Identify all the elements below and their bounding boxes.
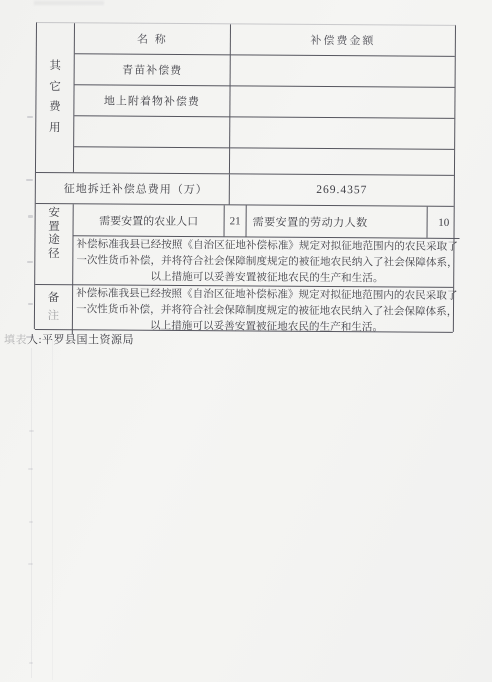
fee-name-cell: [74, 147, 230, 173]
resettlement-section-label: 安 置 途 径: [35, 204, 74, 285]
compensation-table: 其 它 费 用 名 称 补偿费金额 青苗补偿费 地上附着物补偿费 征地拆迁补偿总…: [34, 22, 456, 332]
scan-mark: [28, 303, 33, 305]
column-header-amount: 补偿费金额: [231, 24, 455, 57]
scan-smudge: [34, 1, 104, 5]
remarks-description: 补偿标准我县已经按照《自治区征地补偿标准》规定对拟征地范围内的农民采取了 一次性…: [73, 285, 460, 337]
filled-by-prefix: 填表: [4, 334, 27, 346]
remarks-section-label: 备 注: [35, 285, 73, 334]
description-line: 一次性货币补偿，并将符合社会保障制度规定的被征地农民纳入了社会保障体系，: [76, 302, 457, 321]
total-cost-row: 征地拆迁补偿总费用（万） 269.4357: [36, 173, 454, 207]
filled-by-line: 填表人:平罗县国土资源局: [4, 331, 134, 347]
label-char: 置: [48, 222, 60, 234]
labor-count-label: 需要安置的劳动力人数: [247, 205, 428, 237]
column-header-name: 名 称: [75, 23, 231, 55]
remarks-section: 备 注 补偿标准我县已经按照《自治区征地补偿标准》规定对拟征地范围内的农民采取了…: [35, 285, 453, 333]
label-char: 用: [49, 123, 61, 135]
agricultural-population-label: 需要安置的农业人口: [74, 204, 225, 236]
fee-name-cell: [74, 116, 230, 148]
description-line: 一次性货币补偿，并将符合社会保障制度规定的被征地农民纳入了社会保障体系，: [76, 253, 457, 272]
fee-amount-cell: [230, 117, 454, 150]
total-cost-label: 征地拆迁补偿总费用（万）: [36, 173, 230, 204]
labor-count-value: 10: [428, 207, 461, 238]
label-char: 备: [48, 293, 60, 305]
scanned-document-page: 其 它 费 用 名 称 补偿费金额 青苗补偿费 地上附着物补偿费 征地拆迁补偿总…: [0, 0, 492, 682]
total-cost-value: 269.4357: [230, 174, 454, 206]
fee-name-cell: 青苗补偿费: [75, 54, 231, 86]
scan-mark: [28, 215, 33, 218]
scan-streak: [31, 348, 32, 678]
fee-name-cell: 地上附着物补偿费: [74, 85, 230, 117]
fee-amount-cell: [231, 55, 455, 88]
other-fees-section: 其 它 费 用 名 称 补偿费金额 青苗补偿费 地上附着物补偿费: [36, 23, 455, 176]
label-char: 费: [49, 102, 61, 114]
scan-mark: [27, 116, 33, 118]
agricultural-population-value: 21: [225, 205, 247, 236]
resettlement-section: 安 置 途 径 需要安置的农业人口 21 需要安置的劳动力人数 10 补偿标准我…: [35, 204, 454, 288]
fee-amount-cell: [230, 148, 454, 175]
label-char: 它: [49, 82, 61, 94]
scan-streak: [52, 340, 53, 680]
other-fees-section-label: 其 它 费 用: [36, 23, 75, 172]
label-char: 注: [48, 311, 60, 323]
resettlement-counts-row: 需要安置的农业人口 21 需要安置的劳动力人数 10: [74, 204, 461, 239]
label-char: 安: [48, 208, 60, 220]
scan-mark: [26, 336, 34, 338]
fee-amount-cell: [230, 86, 454, 119]
label-char: 径: [48, 249, 60, 261]
filled-by-text: 人:平罗县国土资源局: [27, 334, 134, 346]
label-char: 其: [49, 61, 61, 73]
scan-mark: [27, 261, 33, 263]
resettlement-description: 补偿标准我县已经按照《自治区征地补偿标准》规定对拟征地范围内的农民采取了 一次性…: [73, 236, 460, 288]
label-char: 途: [48, 235, 60, 247]
scan-mark: [26, 179, 33, 181]
